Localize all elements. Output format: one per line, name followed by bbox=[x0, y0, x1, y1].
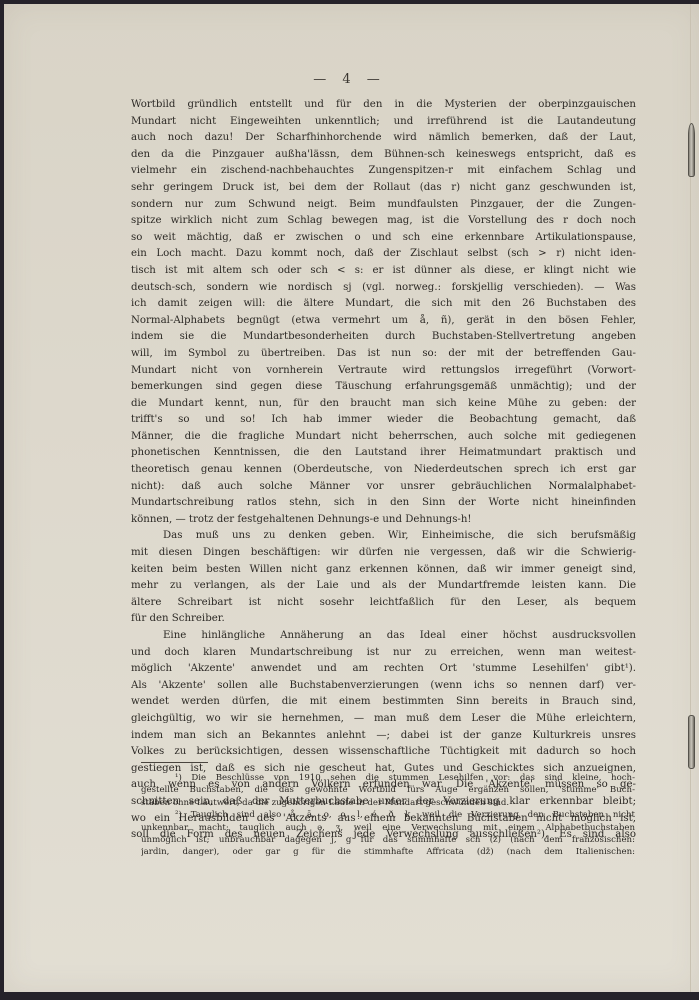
body-text: Wortbild gründlich entstellt und für den… bbox=[131, 97, 636, 844]
text-line: tisch ist mit altem sch oder sch < s: er… bbox=[131, 263, 636, 280]
footnote-line: staben ohne Lautwert, da die zugehörigen… bbox=[141, 797, 635, 809]
text-line: Normal-Alphabets begnügt (etwa vermehrt … bbox=[131, 313, 636, 330]
text-line: die Mundart kennt, nun, für den braucht … bbox=[131, 396, 636, 413]
text-line: ich damit zeigen will: die ältere Mundar… bbox=[131, 296, 636, 313]
footnote-line: unkennbar macht; tauglich auch ə, ʒ, wei… bbox=[141, 822, 635, 834]
text-line: Mundartschreibung ratlos stehn, sich in … bbox=[131, 495, 636, 512]
text-line: Als 'Akzente' sollen alle Buchstabenverz… bbox=[131, 678, 636, 695]
text-line: will, im Symbol zu übertreiben. Das ist … bbox=[131, 346, 636, 363]
text-line: und doch klaren Mundartschreibung ist nu… bbox=[131, 645, 636, 662]
text-line: ein Loch macht. Dazu kommt noch, daß der… bbox=[131, 246, 636, 263]
staple-top-icon bbox=[688, 123, 695, 177]
text-line: Mundart nicht Eingeweihten unkenntlich; … bbox=[131, 114, 636, 131]
footnote-line: jardin, danger), oder gar g für die stim… bbox=[141, 846, 635, 858]
staple-bottom-icon bbox=[688, 715, 695, 769]
text-line: gleichgültig, wo wir sie hernehmen, — ma… bbox=[131, 711, 636, 728]
footnote-divider bbox=[141, 762, 208, 763]
text-line: Wortbild gründlich entstellt und für den… bbox=[131, 97, 636, 114]
text-line: sehr geringem Druck ist, bei dem der Rol… bbox=[131, 180, 636, 197]
text-line: möglich 'Akzente' anwendet und am rechte… bbox=[131, 661, 636, 678]
text-line: indem man sich an Bekanntes anlehnt —; d… bbox=[131, 728, 636, 745]
text-line: so weit mächtig, daß er zwischen o und s… bbox=[131, 230, 636, 247]
footnote-line: ²) Tauglich sind also å, ā, ǫ, ẹ, ḷ, é, … bbox=[141, 809, 635, 821]
text-line: keiten beim besten Willen nicht ganz erk… bbox=[131, 562, 636, 579]
footnotes: ¹) Die Beschlüsse von 1910 sehen die stu… bbox=[141, 772, 635, 859]
page-number: — 4 — bbox=[0, 72, 699, 87]
footnote-line: ¹) Die Beschlüsse von 1910 sehen die stu… bbox=[141, 772, 635, 784]
text-line: deutsch-sch, sondern wie nordisch sj (vg… bbox=[131, 280, 636, 297]
text-line: ältere Schreibart ist nicht sosehr leich… bbox=[131, 595, 636, 612]
text-line: den da die Pinzgauer außha'lässn, dem Bü… bbox=[131, 147, 636, 164]
text-line: Mundart nicht von vornherein Vertraute w… bbox=[131, 363, 636, 380]
text-line: Eine hinlängliche Annäherung an das Idea… bbox=[131, 628, 636, 645]
text-line: trifft's so und so! Ich hab immer wieder… bbox=[131, 412, 636, 429]
text-line: theoretisch genau kennen (Oberdeutsche, … bbox=[131, 462, 636, 479]
text-line: spitze wirklich nicht zum Schlag bewegen… bbox=[131, 213, 636, 230]
footnote-line: unmöglich ist; unbrauchbar dagegen j, g … bbox=[141, 834, 635, 846]
text-line: Männer, die die fragliche Mundart nicht … bbox=[131, 429, 636, 446]
text-line: auch noch dazu! Der Scharfhinhorchende w… bbox=[131, 130, 636, 147]
text-line: können, — trotz der festgehaltenen Dehnu… bbox=[131, 512, 636, 529]
text-line: Das muß uns zu denken geben. Wir, Einhei… bbox=[131, 528, 636, 545]
text-line: vielmehr ein zischend-nachbehauchtes Zun… bbox=[131, 163, 636, 180]
text-line: für den Schreiber. bbox=[131, 611, 636, 628]
text-line: nicht): daß auch solche Männer vor unsre… bbox=[131, 479, 636, 496]
text-line: indem sie die Mundartbesonderheiten durc… bbox=[131, 329, 636, 346]
text-line: Volkes zu berücksichtigen, dessen wissen… bbox=[131, 744, 636, 761]
text-line: phonetischen Kenntnissen, die den Lautst… bbox=[131, 445, 636, 462]
text-line: mit diesen Dingen beschäftigen: wir dürf… bbox=[131, 545, 636, 562]
text-line: mehr zu verlangen, als der Laie und als … bbox=[131, 578, 636, 595]
footnote-line: gestellte Buchstaben, die das gewohnte W… bbox=[141, 784, 635, 796]
text-line: wendet werden dürfen, die mit einem best… bbox=[131, 694, 636, 711]
text-line: sondern nur zum Schwund neigt. Beim mund… bbox=[131, 197, 636, 214]
text-line: bemerkungen sind gegen diese Täuschung e… bbox=[131, 379, 636, 396]
